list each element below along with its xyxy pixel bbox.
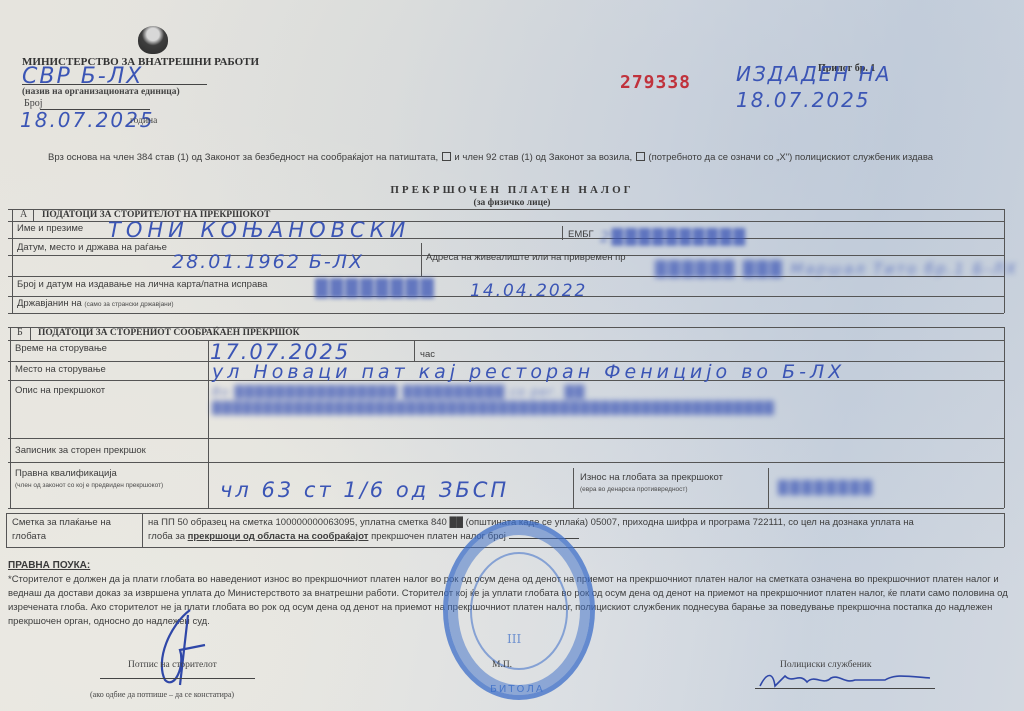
birth-label: Датум, место и држава на раѓање <box>17 242 167 253</box>
serial-number: 279338 <box>620 72 691 93</box>
rule <box>6 513 7 547</box>
legal-basis-part2: и член 92 став (1) од Законот за возила, <box>454 152 632 163</box>
document-title: ПРЕКРШОЧЕН ПЛАТЕН НАЛОГ <box>0 184 1024 196</box>
issued-date-handwritten: 18.07.2025 <box>736 88 871 112</box>
place-field[interactable]: ул Новаци пат кај ресторан Феницијо во Б… <box>212 361 845 383</box>
official-stamp-inner-ring <box>470 552 568 670</box>
legal-basis-part3: (потребното да се означи со „Х") полицис… <box>648 152 933 163</box>
birth-field[interactable]: 28.01.1962 Б-ЛХ <box>172 251 364 273</box>
address-redacted: ██████ ███ Маршал Тито бр.1 Б-ЛХ <box>655 260 1018 278</box>
checkbox-traffic-safety-law[interactable] <box>442 152 451 161</box>
legal-qualification-note: (член од законот со кој е предвиден прек… <box>15 482 163 489</box>
rule <box>768 468 769 508</box>
legal-qualification-label: Правна квалификација <box>15 468 117 479</box>
rule <box>573 468 574 508</box>
legal-notice-title: ПРАВНА ПОУКА: <box>8 560 90 571</box>
record-label: Записник за сторен прекршок <box>15 445 146 456</box>
embg-label: ЕМБГ <box>568 229 594 240</box>
rule <box>1004 513 1005 547</box>
citizenship-label: Државјанин на (само за странски државјан… <box>17 298 174 309</box>
record-field[interactable] <box>212 440 1002 460</box>
fine-amount-field[interactable]: ████████ <box>778 481 874 496</box>
stamp-city: БИТОЛА <box>490 684 545 695</box>
state-emblem-icon <box>138 26 168 54</box>
payment-details: на ПП 50 образец на сметка 1000000000630… <box>148 516 1000 544</box>
citizenship-note: (само за странски државјани) <box>84 301 173 308</box>
payment-line-1: на ПП 50 образец на сметка 1000000000630… <box>148 516 1000 530</box>
issued-note-handwritten: ИЗДАДЕН НА <box>736 62 891 86</box>
rule <box>6 513 1004 514</box>
id-document-label: Број и датум на издавање на лична карта/… <box>17 279 267 290</box>
stamp-mark: III <box>507 632 521 646</box>
payment-account-label: Сметка за плаќање на глобата <box>12 516 137 544</box>
offender-signature-line[interactable] <box>100 678 255 679</box>
section-b-letter: Б <box>17 327 23 338</box>
stamp-place-label: М.П. <box>492 660 512 670</box>
fine-amount-note: (евра во денарска противвредност) <box>580 486 688 493</box>
time-label: Време на сторување <box>15 343 107 354</box>
checkbox-vehicles-law[interactable] <box>636 152 645 161</box>
payment-line-2-underlined: прекршоци од областа на сообраќајот <box>188 531 369 542</box>
legal-qualification-field[interactable]: чл 63 ст 1/6 од ЗБСП <box>220 478 509 502</box>
address-label: Адреса на живеалиште или на привремен пр <box>426 252 626 263</box>
payment-line-2-prefix: глоба за <box>148 531 185 542</box>
rule <box>421 243 422 276</box>
rule <box>562 226 563 240</box>
description-field[interactable]: Во ████████████████ ██████████ со рег. █… <box>212 384 1002 416</box>
offender-signature-caption: (ако одбие да потпише – да се констатира… <box>90 690 234 699</box>
name-field[interactable]: ТОНИ КОЊАНОВСКИ <box>108 218 410 242</box>
id-number-field[interactable]: ████████ <box>315 279 436 299</box>
org-unit-underline <box>22 84 207 85</box>
rule <box>208 340 209 508</box>
rule <box>30 327 31 340</box>
org-unit-handwritten: СВР Б-ЛХ <box>22 64 143 89</box>
payment-line-2: глоба за прекршоци од областа на сообраќ… <box>148 530 1000 544</box>
place-label: Место на сторување <box>15 364 106 375</box>
year-label: година <box>130 116 157 126</box>
embg-field[interactable]: 2██████████ <box>600 228 747 246</box>
section-a-letter: А <box>20 209 27 220</box>
hour-field[interactable] <box>445 342 995 358</box>
section-b-title: ПОДАТОЦИ ЗА СТОРЕНИОТ СООБРАЌАЕН ПРЕКРШО… <box>38 328 300 338</box>
rule <box>142 513 143 547</box>
officer-signature-line[interactable] <box>755 688 935 689</box>
legal-basis-part1: Врз основа на член 384 став (1) од Закон… <box>48 152 438 163</box>
rule <box>33 209 34 221</box>
fine-amount-label: Износ на глобата за прекршокот <box>580 472 723 483</box>
rule <box>8 438 1004 439</box>
rule <box>8 340 1004 341</box>
document-subtitle: (за физичко лице) <box>0 198 1024 208</box>
org-unit-caption: (назив на организационата единица) <box>22 87 180 97</box>
legal-basis-paragraph: Врз основа на член 384 став (1) од Закон… <box>22 150 1012 165</box>
rule <box>8 462 1004 463</box>
rule <box>414 340 415 361</box>
id-date-field[interactable]: 14.04.2022 <box>470 281 587 301</box>
rule <box>1004 327 1005 508</box>
citizenship-label-text: Државјанин на <box>17 298 82 309</box>
rule <box>8 508 1004 509</box>
offender-signature-label: Потпис на сторителот <box>128 660 217 670</box>
rule <box>8 313 1004 314</box>
rule <box>12 209 13 313</box>
address-field[interactable]: ██████ ███ Маршал Тито бр.1 Б-ЛХ <box>655 260 1018 278</box>
hour-label: час <box>420 349 435 360</box>
description-label: Опис на прекршокот <box>15 385 105 396</box>
rule <box>10 327 11 508</box>
name-label: Име и презиме <box>17 223 83 234</box>
